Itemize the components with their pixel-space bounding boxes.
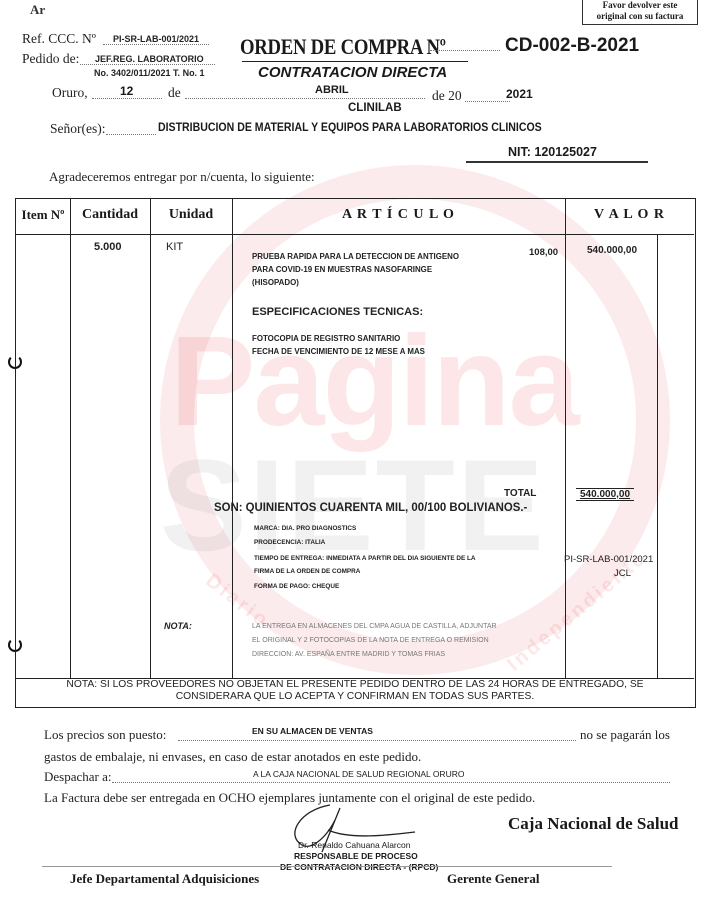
nit-value: NIT: 120125027 xyxy=(508,145,597,159)
detail-forma-pago: FORMA DE PAGO: CHEQUE xyxy=(254,580,339,593)
signature-line xyxy=(42,866,612,867)
ref-label: Ref. CCC. Nº xyxy=(22,31,96,47)
signer-name: Dr. Renaldo Cahuana Alarcon xyxy=(298,840,410,850)
month-field-line xyxy=(185,87,425,99)
institution-name: Caja Nacional de Salud xyxy=(508,814,679,834)
signature-label-right: Gerente General xyxy=(447,871,540,887)
supplier-description: DISTRIBUCION DE MATERIAL Y EQUIPOS PARA … xyxy=(158,120,542,134)
pedido-value-line2: No. 3402/011/2021 T. No. 1 xyxy=(94,68,205,78)
total-value: 540.000,00 xyxy=(576,488,634,501)
return-note-line1: Favor devolver este xyxy=(583,0,697,11)
order-number-line xyxy=(430,50,500,51)
title-underline xyxy=(242,61,468,62)
reference-initials: JCL xyxy=(614,568,631,579)
despachar-value: A LA CAJA NACIONAL DE SALUD REGIONAL ORU… xyxy=(253,769,464,779)
pedido-value-line1: JEF.REG. LABORATORIO xyxy=(95,54,204,64)
row1-unidad: KIT xyxy=(166,241,183,253)
detail-procedencia: PRODECENCIA: ITALIA xyxy=(254,536,325,549)
col-divider-articulo xyxy=(565,199,566,679)
return-note-box: Favor devolver este original con su fact… xyxy=(582,0,698,25)
ref-value: PI-SR-LAB-001/2021 xyxy=(113,34,199,44)
signer-role-line2: DE CONTRATACION DIRECTA - (RPCD) xyxy=(280,862,438,872)
despachar-label: Despachar a: xyxy=(44,769,112,785)
col-divider-valor-inner xyxy=(657,234,658,679)
nota-label: NOTA: xyxy=(164,621,192,631)
row1-cantidad: 5.000 xyxy=(94,241,122,253)
signer-role-line1: RESPONSABLE DE PROCESO xyxy=(294,851,418,861)
nota-line-2: EL ORIGINAL Y 2 FOTOCOPIAS DE LA NOTA DE… xyxy=(252,634,489,648)
precios-suffix: no se pagarán los xyxy=(580,727,670,743)
senores-label: Señor(es): xyxy=(50,121,105,137)
row1-articulo-line3: (HISOPADO) xyxy=(252,276,299,289)
col-divider-item xyxy=(70,199,71,679)
header-unidad: Unidad xyxy=(150,207,232,223)
acceptance-note: NOTA: SI LOS PROVEEDORES NO OBJETAN EL P… xyxy=(16,679,694,703)
month-value: ABRIL xyxy=(315,84,349,96)
reference-code: PI-SR-LAB-001/2021 xyxy=(564,554,653,565)
precios-value: EN SU ALMACEN DE VENTAS xyxy=(252,726,373,736)
return-note-line2: original con su factura xyxy=(583,11,697,22)
col-divider-cantidad xyxy=(150,199,151,679)
intro-text: Agradeceremos entregar por n/cuenta, lo … xyxy=(49,169,315,185)
year-label: de 20 xyxy=(432,88,462,104)
day-value: 12 xyxy=(120,84,133,98)
gastos-text: gastos de embalaje, ni envases, en caso … xyxy=(44,749,421,765)
detail-tiempo-entrega: TIEMPO DE ENTREGA: INMEDIATA A PARTIR DE… xyxy=(254,552,476,565)
precios-field-line xyxy=(178,729,576,741)
document-subtitle: CONTRATACION DIRECTA xyxy=(258,64,447,81)
header-row-divider xyxy=(16,234,694,235)
spec-line-2: FECHA DE VENCIMIENTO DE 12 MESE A MAS xyxy=(252,345,425,358)
specs-title: ESPECIFICACIONES TECNICAS: xyxy=(252,306,423,318)
year-value: 2021 xyxy=(506,87,533,101)
items-table: Item Nº Cantidad Unidad A R T Í C U L O … xyxy=(15,198,696,708)
header-item: Item Nº xyxy=(16,207,70,223)
col-divider-unidad xyxy=(232,199,233,679)
header-valor: V A L O R xyxy=(565,207,694,223)
row1-articulo-line1: PRUEBA RAPIDA PARA LA DETECCION DE ANTIG… xyxy=(252,250,459,263)
precios-label: Los precios son puesto: xyxy=(44,727,166,743)
document-title: ORDEN DE COMPRA Nº xyxy=(240,34,446,60)
header-articulo: A R T Í C U L O xyxy=(232,207,565,223)
city-label: Oruro, xyxy=(52,85,88,101)
detail-marca: MARCA: DIA. PRO DIAGNOSTICS xyxy=(254,522,356,535)
logo-mark: Ar xyxy=(30,2,45,18)
nit-underline xyxy=(466,161,648,163)
signature-label-left: Jefe Departamental Adquisiciones xyxy=(70,871,259,887)
row1-valor: 540.000,00 xyxy=(587,245,637,256)
nota-line-3: DIRECCION: AV. ESPAÑA ENTRE MADRID Y TOM… xyxy=(252,648,445,662)
nota-line-1: LA ENTREGA EN ALMACENES DEL CMPA AGUA DE… xyxy=(252,620,497,634)
row1-articulo-line2: PARA COVID-19 EN MUESTRAS NASOFARINGE xyxy=(252,263,432,276)
spec-line-1: FOTOCOPIA DE REGISTRO SANITARIO xyxy=(252,332,400,345)
amount-in-words: SON: QUINIENTOS CUARENTA MIL, 00/100 BOL… xyxy=(214,500,527,514)
header-cantidad: Cantidad xyxy=(70,207,150,223)
year-field-line xyxy=(465,90,510,102)
acceptance-note-line2: CONSIDERARA QUE LO ACEPTA Y CONFIRMAN EN… xyxy=(16,691,694,703)
supplier-name: CLINILAB xyxy=(348,102,402,114)
supplier-field-line xyxy=(106,123,156,135)
order-number: CD-002-B-2021 xyxy=(505,35,639,57)
total-label: TOTAL xyxy=(504,488,536,499)
detail-tiempo-entrega-cont: FIRMA DE LA ORDEN DE COMPRA xyxy=(254,565,360,578)
acceptance-note-line1: NOTA: SI LOS PROVEEDORES NO OBJETAN EL P… xyxy=(16,679,694,691)
pedido-label: Pedido de: xyxy=(22,51,79,67)
row1-unit-price: 108,00 xyxy=(529,247,558,258)
de-label: de xyxy=(168,85,181,101)
